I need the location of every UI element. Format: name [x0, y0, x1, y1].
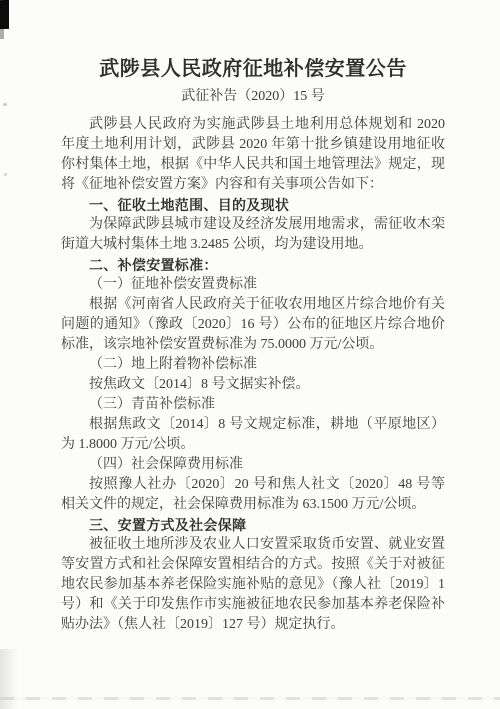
section-heading: 一、征收土地范围、目的及现状	[61, 195, 445, 215]
sub-section-heading: （二）地上附着物补偿标准	[61, 355, 445, 375]
sub-section-heading: （四）社会保障费用标准	[61, 455, 445, 475]
paragraph: 根据焦政文〔2014〕8 号文规定标准，耕地（平原地区）为 1.8000 万元/…	[61, 415, 445, 455]
section-heading: 二、补偿安置标准：	[61, 255, 445, 275]
scan-corner-mark	[0, 0, 9, 29]
scanned-document-page: 武陟县人民政府征地补偿安置公告 武征补告（2020）15 号 武陟县人民政府为实…	[0, 0, 500, 709]
paragraph: 武陟县人民政府为实施武陟县土地利用总体规划和 2020 年度土地利用计划，武陟县…	[61, 115, 445, 195]
paragraph: 根据《河南省人民政府关于征收农用地区片综合地价有关问题的通知》（豫政〔2020〕…	[61, 295, 445, 355]
document-number: 武征补告（2020）15 号	[61, 88, 445, 106]
paragraph: 为保障武陟县城市建设及经济发展用地需求，需征收木栾街道大城村集体土地 3.248…	[61, 215, 445, 255]
scan-corner-mark-tail	[0, 29, 4, 39]
document-content: 武陟县人民政府征地补偿安置公告 武征补告（2020）15 号 武陟县人民政府为实…	[61, 56, 445, 635]
scan-smudge	[4, 173, 7, 176]
paragraph-list: 武陟县人民政府为实施武陟县土地利用总体规划和 2020 年度土地利用计划，武陟县…	[61, 115, 445, 635]
paragraph: 按照豫人社办〔2020〕20 号和焦人社文〔2020〕48 号等相关文件的规定，…	[61, 475, 445, 515]
section-heading: 三、安置方式及社会保障	[61, 515, 445, 535]
sub-section-heading: （一）征地补偿安置费标准	[61, 275, 445, 295]
paragraph: 被征收土地所涉及农业人口安置采取货币安置、就业安置等安置方式和社会保障安置相结合…	[61, 535, 445, 635]
sub-section-heading: （三）青苗补偿标准	[61, 395, 445, 415]
scan-bottom-band	[0, 697, 500, 700]
paragraph: 按焦政文〔2014〕8 号文据实补偿。	[61, 375, 445, 395]
scan-bottom-shade	[0, 649, 18, 709]
scan-smudge	[3, 103, 7, 106]
document-title: 武陟县人民政府征地补偿安置公告	[61, 56, 445, 82]
